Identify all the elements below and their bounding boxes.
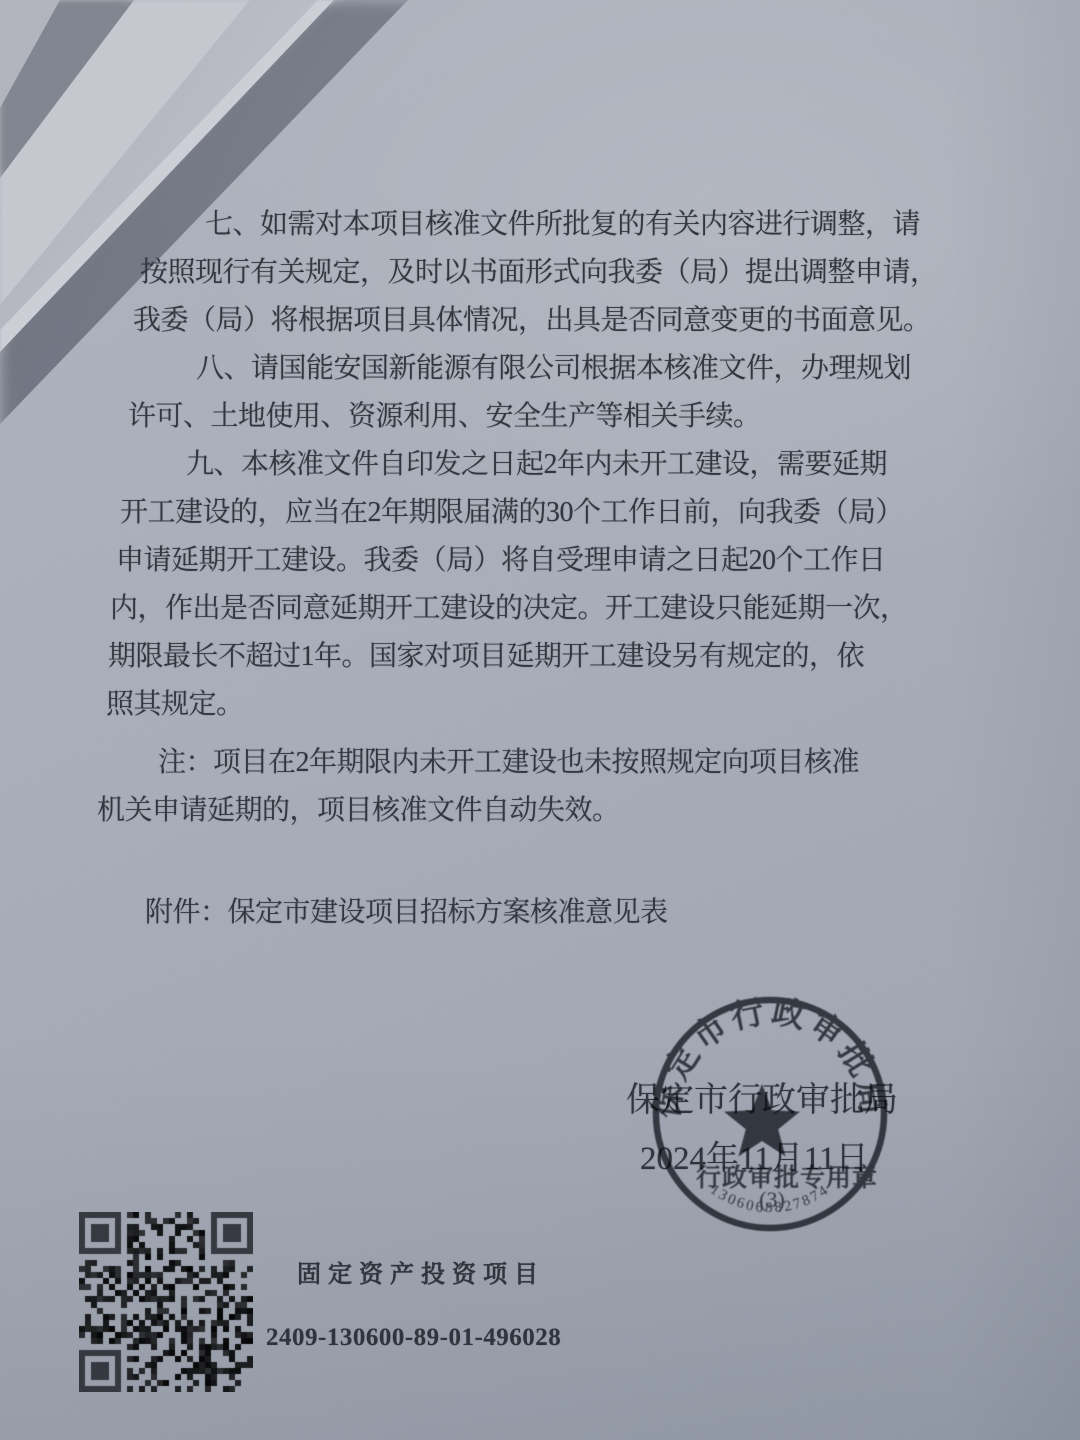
text-line: 九、本核准文件自印发之日起2年内未开工建设，需要延期: [186, 441, 1080, 489]
official-seal-icon: 保定市行政审批局 行政审批专用章 (3) 1306068827874: [650, 996, 890, 1236]
text-line: 按照现行有关规定，及时以书面形式向我委（局）提出调整申请，: [140, 249, 1080, 297]
text-line: 开工建设的，应当在2年期限届满的30个工作日前，向我委（局）: [120, 489, 1080, 537]
text-line: 我委（局）将根据项目具体情况，出具是否同意变更的书面意见。: [133, 297, 1080, 345]
attachment-line: 附件：保定市建设项目招标方案核准意见表: [145, 889, 1080, 937]
text-line: 内，作出是否同意延期开工建设的决定。开工建设只能延期一次，: [110, 585, 1080, 633]
star-icon: [724, 1084, 800, 1156]
project-code: 2409-130600-89-01-496028: [266, 1324, 561, 1352]
document-body: 七、如需对本项目核准文件所批复的有关内容进行调整，请 按照现行有关规定，及时以书…: [0, 201, 1080, 937]
note-line: 机关申请延期的，项目核准文件自动失效。: [97, 787, 1080, 835]
text-line: 八、请国能安国新能源有限公司根据本核准文件，办理规划: [196, 345, 1080, 393]
text-line: 申请延期开工建设。我委（局）将自受理申请之日起20个工作日: [116, 537, 1080, 585]
seal-arc-text: 保定市行政审批局: [650, 996, 890, 1120]
text-line: 许可、土地使用、资源利用、安全生产等相关手续。: [128, 393, 1080, 441]
project-type-label: 固定资产投资项目: [297, 1254, 545, 1289]
qr-code: [79, 1212, 253, 1392]
text-line: 照其规定。: [106, 681, 1080, 729]
document-photo: 七、如需对本项目核准文件所批复的有关内容进行调整，请 按照现行有关规定，及时以书…: [0, 0, 1080, 1440]
text-line: 七、如需对本项目核准文件所批复的有关内容进行调整，请: [205, 201, 1080, 249]
text-line: 期限最长不超过1年。国家对项目延期开工建设另有规定的，依: [108, 633, 1080, 681]
note-line: 注：项目在2年期限内未开工建设也未按照规定向项目核准: [158, 739, 1080, 787]
